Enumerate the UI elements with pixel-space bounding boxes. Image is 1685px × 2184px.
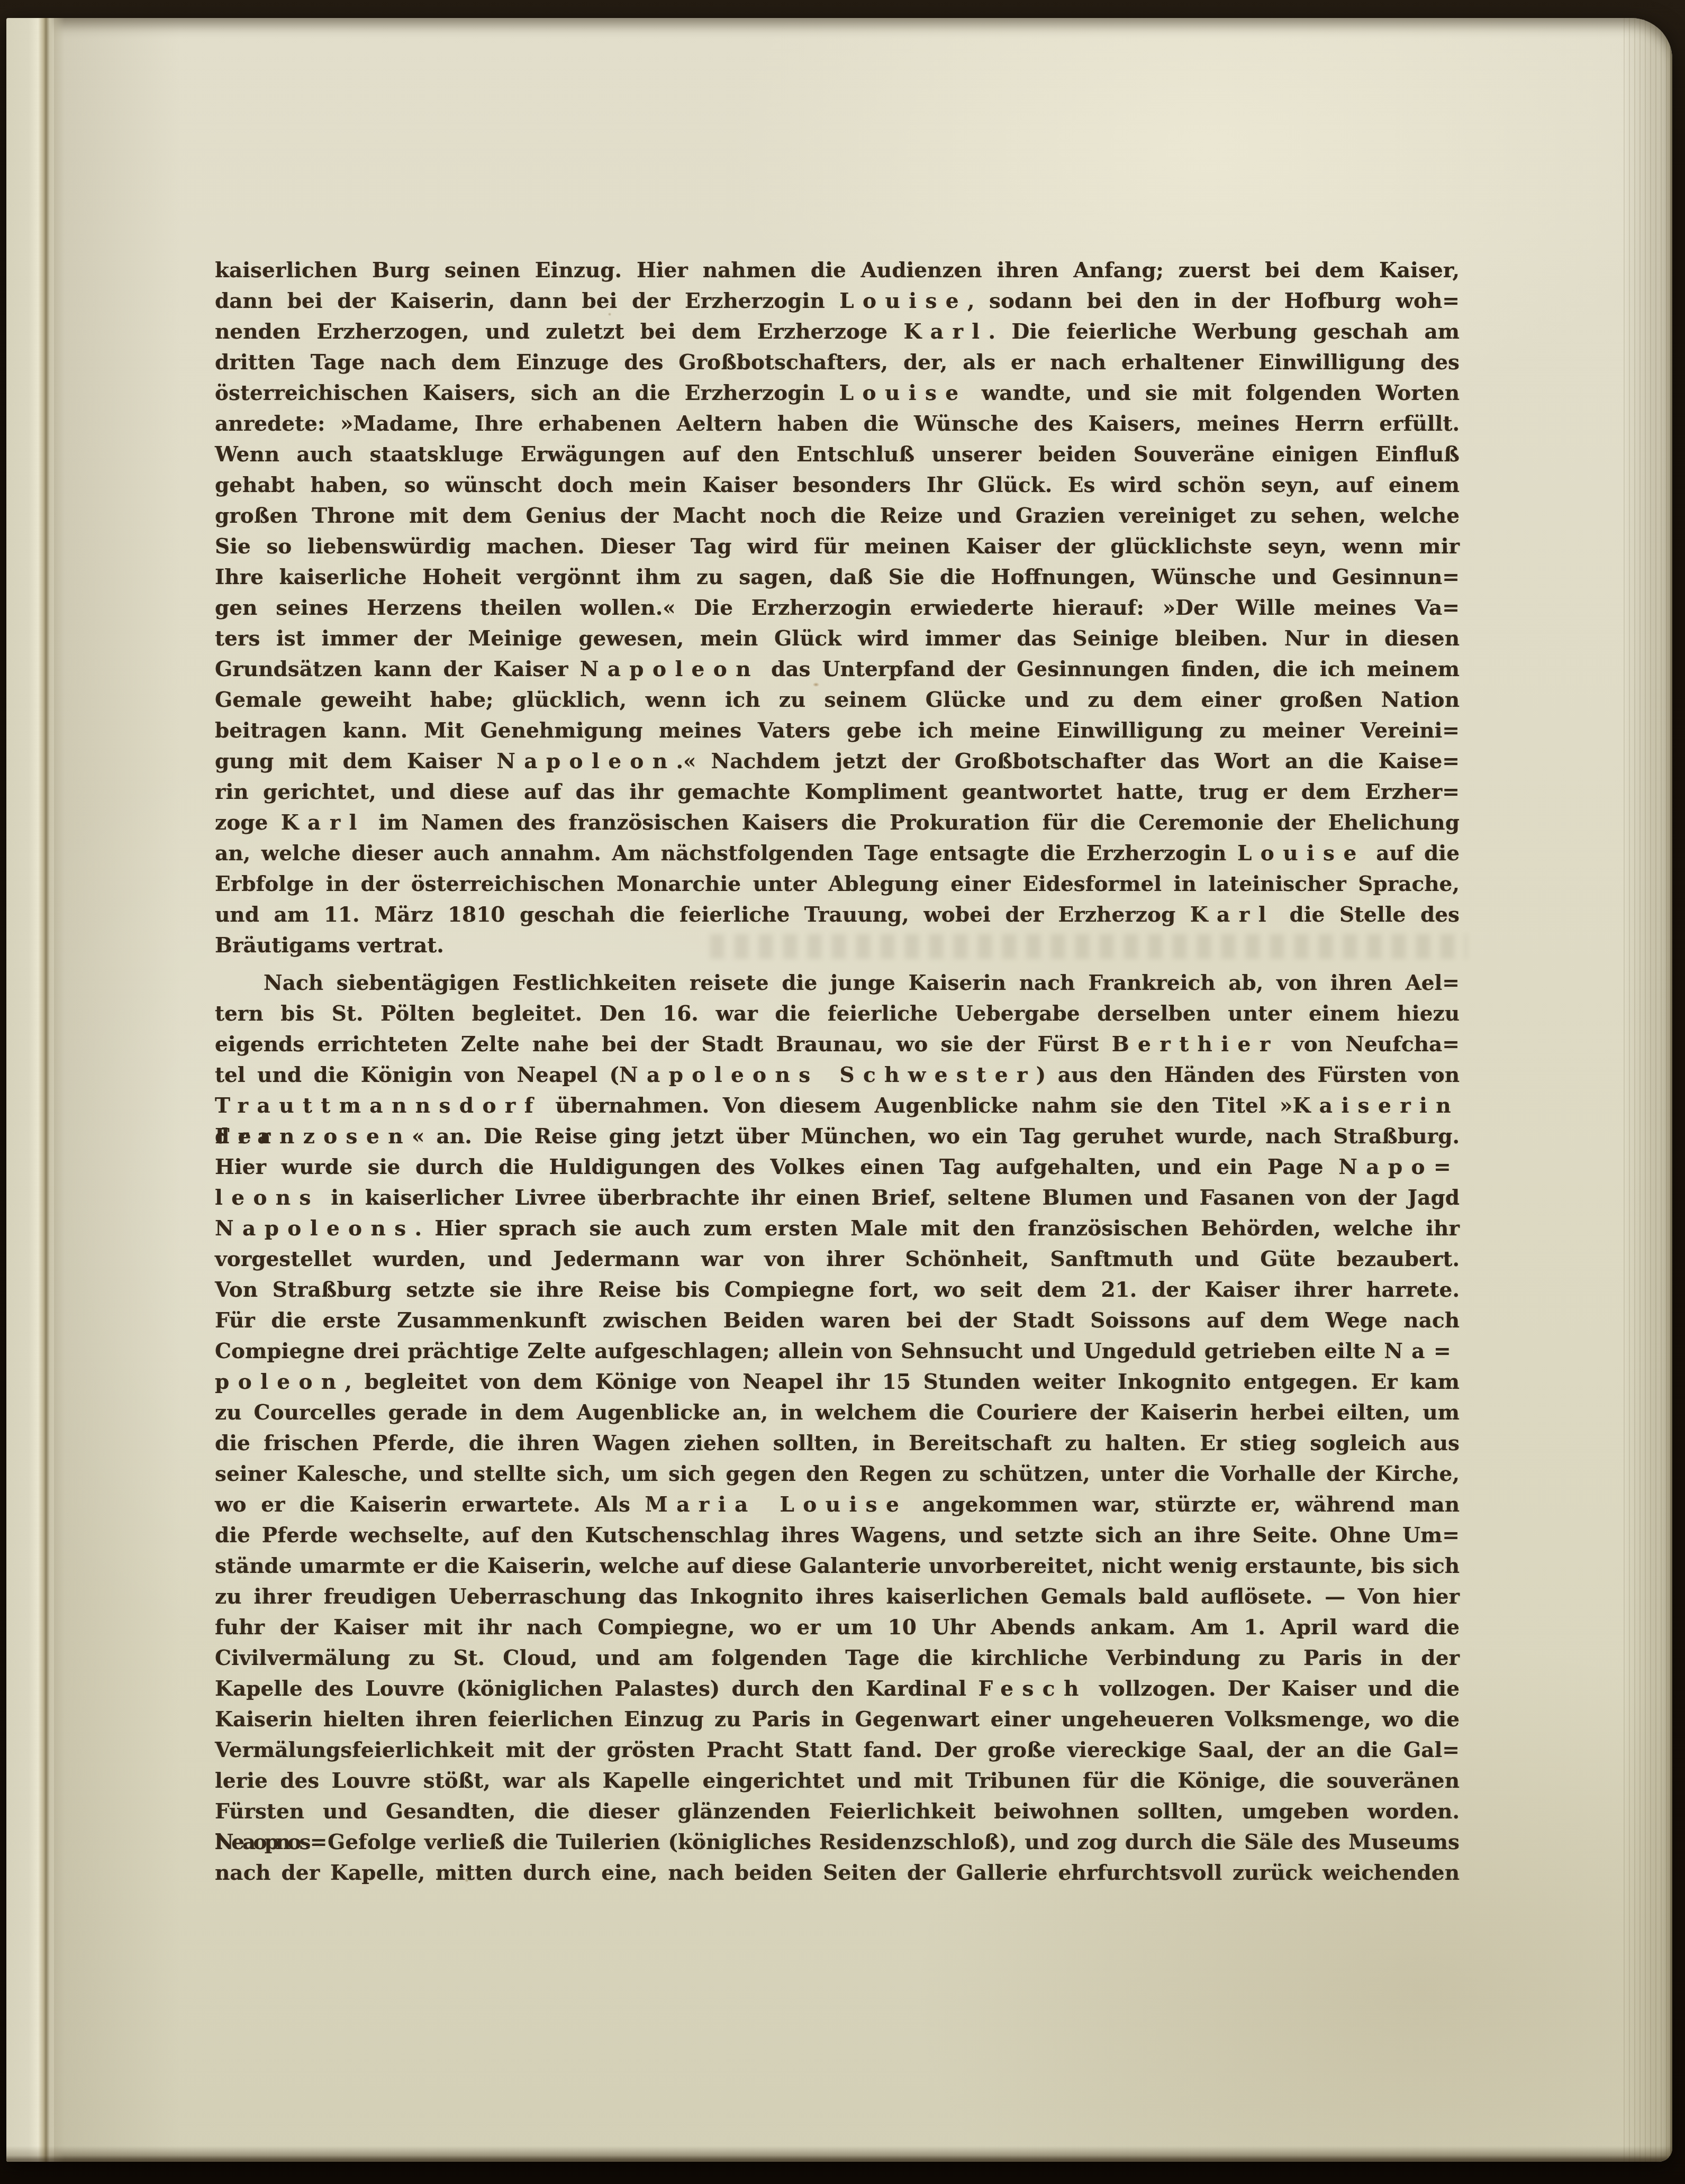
letterspaced-name: Karl xyxy=(903,320,988,344)
page-bottom-edge xyxy=(6,2146,1672,2162)
letterspaced-name: Napoleon xyxy=(580,657,759,681)
text-line: zu Courcelles gerade in dem Augenblicke … xyxy=(215,1397,1460,1428)
text-line: dritten Tage nach dem Einzuge des Großbo… xyxy=(215,347,1460,378)
text-line: nenden Erzherzogen, und zuletzt bei dem … xyxy=(215,316,1460,347)
text-line: gen seines Herzens theilen wollen.« Die … xyxy=(215,593,1460,623)
text-line: kaiserlichen Burg seinen Einzug. Hier na… xyxy=(215,255,1460,286)
letterspaced-name: Karl xyxy=(281,811,366,835)
text-line: fuhr der Kaiser mit ihr nach Compiegne, … xyxy=(215,1612,1460,1643)
letterspaced-name: Louise xyxy=(1237,841,1365,866)
text-line: großen Throne mit dem Genius der Macht n… xyxy=(215,501,1460,531)
text-line: rin gerichtet, und diese auf das ihr gem… xyxy=(215,777,1460,807)
letterspaced-name: Napoleons xyxy=(215,1216,415,1241)
text-line: poleon, begleitet von dem Könige von Nea… xyxy=(215,1367,1460,1397)
text-line: Hier wurde sie durch die Huldigungen des… xyxy=(215,1152,1460,1182)
text-line: Wenn auch staatskluge Erwägungen auf den… xyxy=(215,439,1460,470)
text-line: leons in kaiserlicher Livree überbrachte… xyxy=(215,1182,1460,1213)
text-line: anredete: »Madame, Ihre erhabenen Aelter… xyxy=(215,408,1460,439)
text-line: die frischen Pferde, die ihren Wagen zie… xyxy=(215,1428,1460,1459)
text-line: und am 11. März 1810 geschah die feierli… xyxy=(215,899,1460,930)
text-line: leons Gefolge verließ die Tuilerien (kön… xyxy=(215,1827,1460,1858)
letterspaced-name: Louise xyxy=(839,289,967,313)
text-line: tern bis St. Pölten begleitet. Den 16. w… xyxy=(215,998,1460,1029)
text-line: Gemale geweiht habe; glücklich, wenn ich… xyxy=(215,685,1460,715)
letterspaced-name: Napoleons Schwester xyxy=(619,1063,1036,1087)
text-line: die Pferde wechselte, auf den Kutschensc… xyxy=(215,1520,1460,1551)
text-line: Erbfolge in der österreichischen Monarch… xyxy=(215,869,1460,899)
letterspaced-name: Napoleon xyxy=(496,749,676,774)
letterspaced-name: Fesch xyxy=(978,1677,1087,1701)
text-line: lerie des Louvre stößt, war als Kapelle … xyxy=(215,1766,1460,1796)
text-line: Nach siebentägigen Festlichkeiten reiset… xyxy=(215,968,1460,998)
text-line: Für die erste Zusammenkunft zwischen Bei… xyxy=(215,1305,1460,1336)
text-line: Civilvermälung zu St. Cloud, und am folg… xyxy=(215,1643,1460,1673)
letterspaced-name: Berthier xyxy=(1112,1032,1279,1057)
text-line: Vermälungsfeierlichkeit mit der grösten … xyxy=(215,1735,1460,1766)
text-line: stände umarmte er die Kaiserin, welche a… xyxy=(215,1551,1460,1581)
letterspaced-name: poleon xyxy=(215,1370,345,1394)
text-line: Kaiserin hielten ihren feierlichen Einzu… xyxy=(215,1704,1460,1735)
text-line: nach der Kapelle, mitten durch eine, nac… xyxy=(215,1858,1460,1888)
book-scan: kaiserlichen Burg seinen Einzug. Hier na… xyxy=(0,0,1685,2184)
letterspaced-name: Napo= xyxy=(1338,1155,1460,1179)
letterspaced-name: Karl xyxy=(1190,903,1275,927)
text-line: seiner Kalesche, und stellte sich, um si… xyxy=(215,1459,1460,1489)
letterspaced-name: Franzosen xyxy=(215,1124,412,1149)
text-line: dann bei der Kaiserin, dann bei der Erzh… xyxy=(215,286,1460,316)
text-line: Compiegne drei prächtige Zelte aufgeschl… xyxy=(215,1336,1460,1367)
text-line: zu ihrer freudigen Ueberraschung das Ink… xyxy=(215,1581,1460,1612)
text-line: wo er die Kaiserin erwartete. Als Maria … xyxy=(215,1489,1460,1520)
text-line: Von Straßburg setzte sie ihre Reise bis … xyxy=(215,1275,1460,1305)
letterspaced-name: Louise xyxy=(839,381,967,405)
text-line: an, welche dieser auch annahm. Am nächst… xyxy=(215,838,1460,869)
text-line: Kapelle des Louvre (königlichen Palastes… xyxy=(215,1673,1460,1704)
letterspaced-name: leons xyxy=(215,1186,320,1210)
letterspaced-name: Maria Louise xyxy=(645,1493,908,1517)
letterspaced-name: Na= xyxy=(1384,1339,1460,1363)
text-line: Napoleons. Hier sprach sie auch zum erst… xyxy=(215,1213,1460,1244)
text-line: vorgestellet wurden, und Jedermann war v… xyxy=(215,1244,1460,1275)
text-line: eigends errichteten Zelte nahe bei der S… xyxy=(215,1029,1460,1060)
text-line: Fürsten und Gesandten, die dieser glänze… xyxy=(215,1796,1460,1827)
gutter-shadow xyxy=(54,18,181,2162)
letterspaced-name: leons xyxy=(215,1830,320,1854)
book-page: kaiserlichen Burg seinen Einzug. Hier na… xyxy=(6,18,1672,2162)
text-line: gehabt haben, so wünscht doch mein Kaise… xyxy=(215,470,1460,501)
letterspaced-name: Trauttmannsdorf xyxy=(215,1094,542,1118)
text-line: Bräutigams vertrat. xyxy=(215,930,1460,961)
text-line: Sie so liebenswürdig machen. Dieser Tag … xyxy=(215,531,1460,562)
text-line: Ihre kaiserliche Hoheit vergönnt ihm zu … xyxy=(215,562,1460,593)
page-edge-stack xyxy=(1624,18,1672,2162)
text-line: Grundsätzen kann der Kaiser Napoleon das… xyxy=(215,654,1460,685)
page-text: kaiserlichen Burg seinen Einzug. Hier na… xyxy=(215,255,1460,1888)
text-line: Trauttmannsdorf übernahmen. Von diesem A… xyxy=(215,1090,1460,1121)
text-line: tel und die Königin von Neapel (Napoleon… xyxy=(215,1060,1460,1090)
text-line: beitragen kann. Mit Genehmigung meines V… xyxy=(215,715,1460,746)
text-line: Franzosen« an. Die Reise ging jetzt über… xyxy=(215,1121,1460,1152)
text-line: gung mit dem Kaiser Napoleon.« Nachdem j… xyxy=(215,746,1460,777)
text-line: ters ist immer der Meinige gewesen, mein… xyxy=(215,623,1460,654)
text-line: zoge Karl im Namen des französischen Kai… xyxy=(215,807,1460,838)
text-line: österreichischen Kaisers, sich an die Er… xyxy=(215,378,1460,408)
